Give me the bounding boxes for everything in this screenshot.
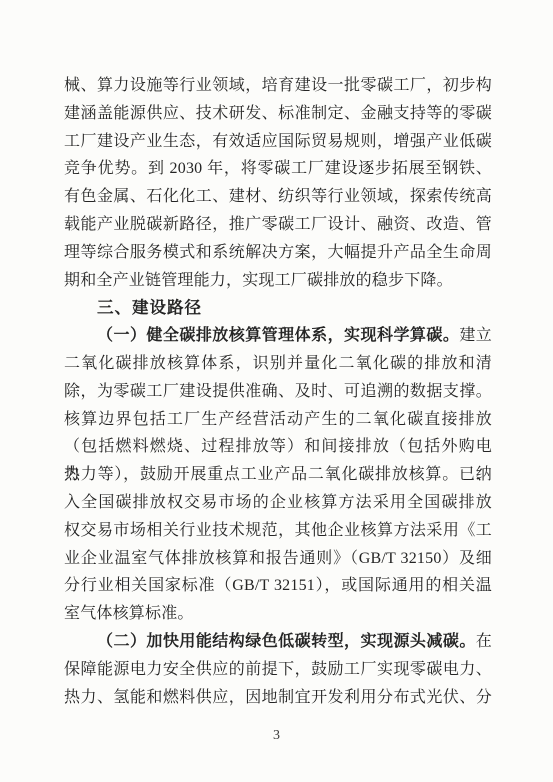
- text-line: 工厂建设产业生态，有效适应国际贸易规则，增强产业低碳: [64, 128, 492, 156]
- text-line: 业企业温室气体排放核算和报告通则》（GB/T 32150）及细: [64, 545, 492, 573]
- paragraph-lead-bold: （二）加快用能结构绿色低碳转型，实现源头减碳。: [97, 633, 476, 650]
- text-line: （包括燃料燃烧、过程排放等）和间接排放（包括外购电力、: [64, 433, 492, 461]
- document-body: 械、算力设施等行业领域，培育建设一批零碳工厂，初步构 建涵盖能源供应、技术研发、…: [64, 72, 492, 711]
- text-line: 二氧化碳排放核算体系，识别并量化二氧化碳的排放和清: [64, 350, 492, 378]
- text-line: 权交易市场相关行业技术规范，其他企业核算方法采用《工: [64, 517, 492, 545]
- paragraph-lead-rest: 建立: [459, 327, 492, 344]
- text-line: 入全国碳排放权交易市场的企业核算方法采用全国碳排放: [64, 489, 492, 517]
- text-line: 热力等），鼓励开展重点工业产品二氧化碳排放核算。已纳: [64, 461, 492, 489]
- text-line: 热力、氢能和燃料供应，因地制宜开发利用分布式光伏、分: [64, 684, 492, 712]
- text-line: 械、算力设施等行业领域，培育建设一批零碳工厂，初步构: [64, 72, 492, 100]
- text-line: 除，为零碳工厂建设提供准确、及时、可追溯的数据支撑。: [64, 378, 492, 406]
- text-line: 分行业相关国家标准（GB/T 32151），或国际通用的相关温: [64, 572, 492, 600]
- paragraph-1: 械、算力设施等行业领域，培育建设一批零碳工厂，初步构 建涵盖能源供应、技术研发、…: [64, 72, 492, 294]
- document-page: 械、算力设施等行业领域，培育建设一批零碳工厂，初步构 建涵盖能源供应、技术研发、…: [0, 0, 553, 782]
- paragraph-lead-rest: 在: [476, 633, 492, 650]
- text-line: 竞争优势。到 2030 年，将零碳工厂建设逐步拓展至钢铁、: [64, 155, 492, 183]
- text-line: （二）加快用能结构绿色低碳转型，实现源头减碳。在: [64, 628, 492, 656]
- section-heading: 三、建设路径: [64, 294, 492, 322]
- paragraph-lead-bold: （一）健全碳排放核算管理体系，实现科学算碳。: [97, 327, 459, 344]
- paragraph-2: （一）健全碳排放核算管理体系，实现科学算碳。建立 二氧化碳排放核算体系，识别并量…: [64, 322, 492, 628]
- text-line: 保障能源电力安全供应的前提下，鼓励工厂实现零碳电力、: [64, 656, 492, 684]
- text-line: 建涵盖能源供应、技术研发、标准制定、金融支持等的零碳: [64, 100, 492, 128]
- text-line: 期和全产业链管理能力，实现工厂碳排放的稳步下降。: [64, 267, 492, 295]
- text-line: 理等综合服务模式和系统解决方案，大幅提升产品全生命周: [64, 239, 492, 267]
- paragraph-3: （二）加快用能结构绿色低碳转型，实现源头减碳。在 保障能源电力安全供应的前提下，…: [64, 628, 492, 711]
- text-line: （一）健全碳排放核算管理体系，实现科学算碳。建立: [64, 322, 492, 350]
- page-number: 3: [0, 728, 553, 744]
- text-line: 有色金属、石化化工、建材、纺织等行业领域，探索传统高: [64, 183, 492, 211]
- text-line: 室气体核算标准。: [64, 600, 492, 628]
- text-line: 核算边界包括工厂生产经营活动产生的二氧化碳直接排放: [64, 406, 492, 434]
- text-line: 载能产业脱碳新路径，推广零碳工厂设计、融资、改造、管: [64, 211, 492, 239]
